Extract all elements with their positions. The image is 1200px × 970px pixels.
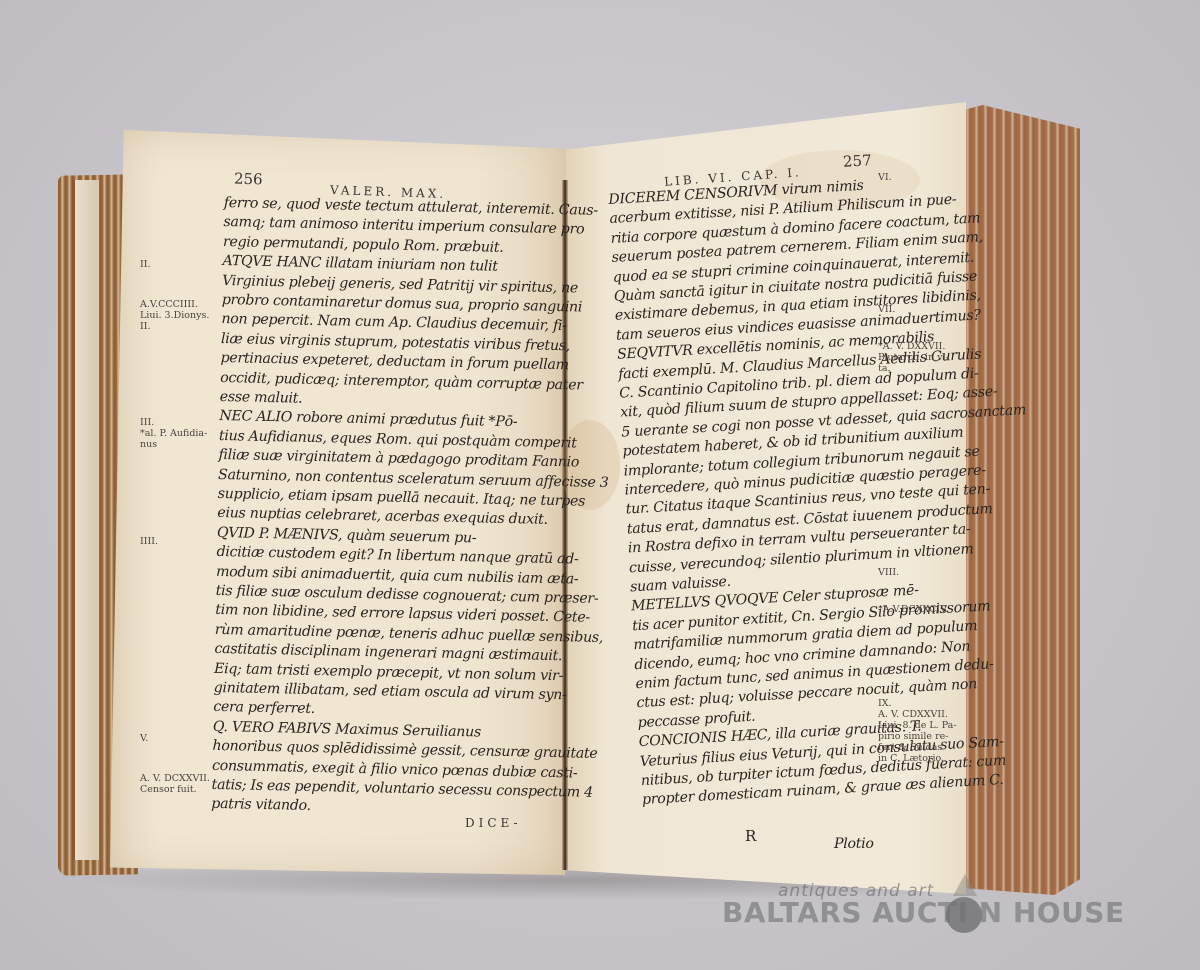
catchword-left: DICE- <box>465 816 522 830</box>
margin-note: VIII. <box>878 567 899 578</box>
text-line: esse maluit. <box>220 389 303 407</box>
page-number-left: 256 <box>234 170 263 189</box>
margin-note: VII. <box>878 304 895 315</box>
watermark-brand: BALTARS AUCTI N HOUSE <box>722 896 1125 929</box>
catchword-right: Plotio <box>834 836 874 852</box>
margin-note: V. <box>140 733 148 744</box>
margin-note: *A. V. DXXVII. Plutarch. in vi- ta. <box>878 341 949 374</box>
signature-mark: R <box>745 827 756 845</box>
margin-note: A. V. DCXXVII. Censor fuit. <box>140 773 210 795</box>
margin-note: IIII. <box>140 536 158 547</box>
text-line: patris vitando. <box>211 796 311 814</box>
margin-note: A.V.CCCIIII. Liui. 3.Dionys. II. <box>140 299 209 332</box>
margin-note: IX. A. V. CDXXVII. Liui. 8. de L. Pa- pi… <box>878 698 957 764</box>
page-number-right: 257 <box>843 151 873 170</box>
margin-note: II. <box>140 259 151 270</box>
text-line: cera perferret. <box>213 699 315 717</box>
margin-note: III. *al. P. Aufidia- nus <box>140 417 207 450</box>
crown-logo-icon <box>953 874 977 896</box>
left-cover-edge <box>72 180 99 860</box>
margin-note: *A.V.DCXXCIV. <box>878 604 948 615</box>
margin-note: VI. <box>878 172 892 183</box>
